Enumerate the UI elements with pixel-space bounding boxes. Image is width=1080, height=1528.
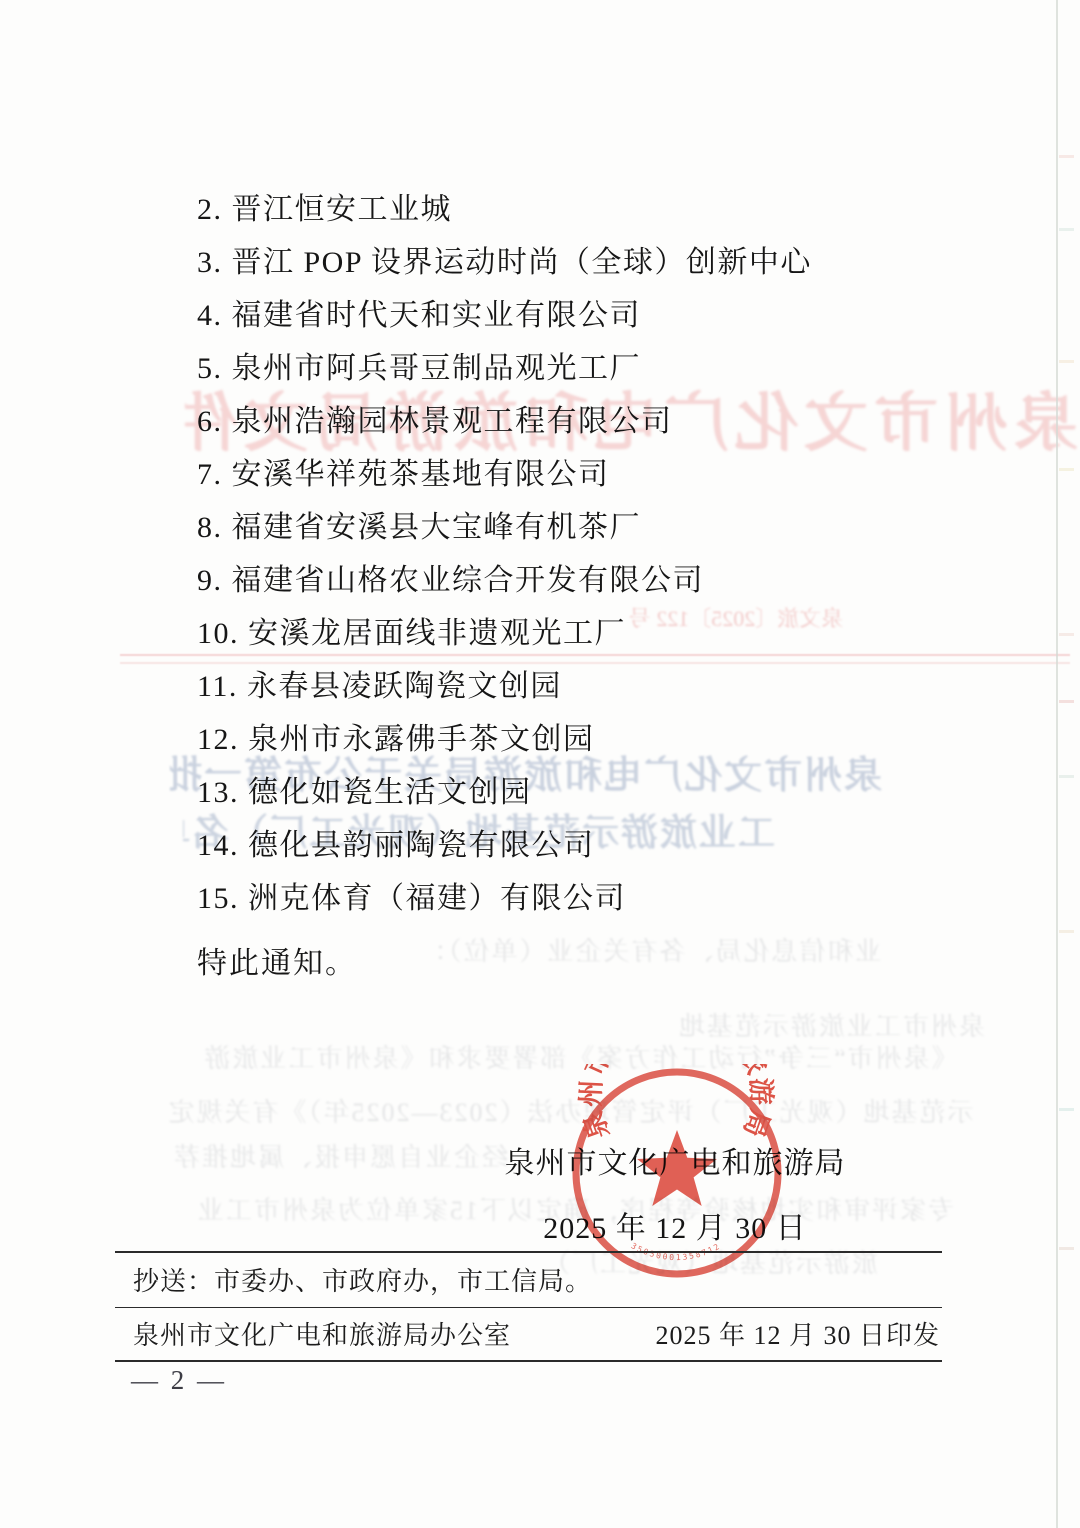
scan-tick [1059, 1247, 1074, 1250]
list-item: 8. 福建省安溪县大宝峰有机茶厂 [197, 508, 1017, 561]
scan-tick [1059, 468, 1074, 471]
bleedthrough-text-line: 《泉州市“三争”行动工作方案》部署要求和《泉州市工业旅游 [130, 1038, 1030, 1075]
list-item: 7. 安溪华祥苑茶基地有限公司 [197, 455, 1017, 508]
print-date: 2025 年 12 月 30 日印发 [655, 1315, 940, 1352]
signature-block: 泉州市文化广电和旅游局 2025 年 12 月 30 日 [495, 1138, 855, 1247]
list-item: 12. 泉州市永露佛手茶文创园 [197, 720, 1017, 773]
numbered-list: 2. 晋江恒安工业城3. 晋江 POP 设界运动时尚（全球）创新中心4. 福建省… [197, 190, 1017, 932]
signature-date: 2025 年 12 月 30 日 [495, 1203, 855, 1247]
list-item: 6. 泉州浩瀚园林景观工程有限公司 [197, 402, 1017, 455]
footer-block: 抄送：市委办、市政府办，市工信局。 泉州市文化广电和旅游局办公室 2025 年 … [115, 1251, 942, 1362]
list-item: 5. 泉州市阿兵哥豆制品观光工厂 [197, 349, 1017, 402]
list-item: 3. 晋江 POP 设界运动时尚（全球）创新中心 [197, 243, 1017, 296]
page-number: — 2 — [131, 1365, 227, 1396]
scan-tick [1059, 775, 1074, 778]
scan-tick [1059, 930, 1074, 933]
cc-line: 抄送：市委办、市政府办，市工信局。 [115, 1253, 942, 1307]
bleedthrough-text-line: 业和信息化局、各有关企业（单位）： [350, 931, 950, 968]
list-item: 14. 德化县韵丽陶瓷有限公司 [197, 826, 1017, 879]
office-line: 泉州市文化广电和旅游局办公室 2025 年 12 月 30 日印发 [115, 1308, 942, 1360]
scan-tick [1059, 360, 1074, 363]
list-item: 2. 晋江恒安工业城 [197, 190, 1017, 243]
scan-tick [1059, 155, 1074, 158]
document-page: 泉州市文化广电和旅游局文件 泉文旅〔2025〕122 号 泉州市文化广电和旅游局… [0, 0, 1080, 1528]
list-item: 13. 德化如瓷生活文创园 [197, 773, 1017, 826]
list-item: 10. 安溪龙居面线非遗观光工厂 [197, 614, 1017, 667]
bleedthrough-text-line: 示范基地（观光工厂）评定管理办法（2023—2025年）》有关规定 [120, 1092, 1020, 1129]
footer-rule-bottom [115, 1360, 942, 1362]
scan-tick [1059, 1108, 1074, 1111]
scan-tick [1059, 700, 1074, 703]
list-item: 15. 洲克体育（福建）有限公司 [197, 879, 1017, 932]
scan-tick [1059, 633, 1074, 636]
scan-edge-line [1056, 0, 1058, 1528]
signature-agency: 泉州市文化广电和旅游局 [495, 1138, 855, 1182]
list-item: 9. 福建省山格农业综合开发有限公司 [197, 561, 1017, 614]
list-item: 11. 永春县凌跃陶瓷文创园 [197, 667, 1017, 720]
bleedthrough-text-line: 泉州市工业旅游示范基地名单 [680, 1006, 985, 1043]
scan-tick [1059, 228, 1074, 231]
seal-arc-text: 泉州市文化广电和旅游局 [575, 1064, 776, 1143]
issuing-office: 泉州市文化广电和旅游局办公室 [133, 1315, 511, 1352]
bleedthrough-text-line: 经企业自愿申报、属地推荐 [120, 1137, 560, 1174]
list-item: 4. 福建省时代天和实业有限公司 [197, 296, 1017, 349]
closing-phrase: 特此通知。 [197, 938, 357, 982]
